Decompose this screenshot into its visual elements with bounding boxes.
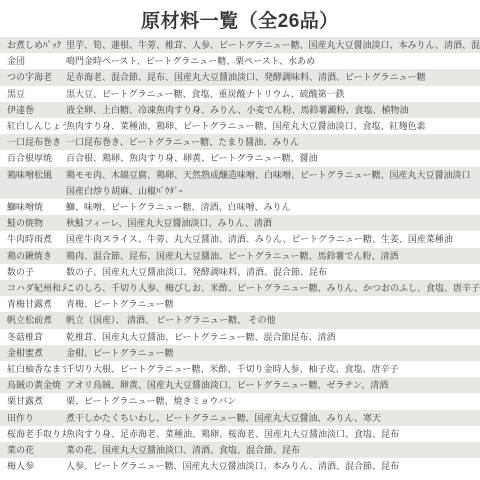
item-ingredients: 液全卵、上白糖、冷凍魚肉すり身、みりん、小麦でん粉、馬鈴薯澱粉、食塩、植物油 — [66, 102, 480, 118]
table-row: 金団 鳴門金時ペースト、ビートグラニュー糖、栗ペースト、水あめ — [0, 53, 480, 69]
item-name: つの字海老 — [0, 69, 66, 85]
item-ingredients: 鶏モモ肉、木綿豆腐、鶏卵、天然熟成醸造味噌、白味噌、ビートグラニュー糖、国産丸大… — [66, 167, 480, 199]
item-ingredients: 鳴門金時ペースト、ビートグラニュー糖、栗ペースト、水あめ — [66, 53, 480, 69]
table-row: 金柑蜜煮 金柑、ビートグラニュー糖 — [0, 345, 480, 361]
table-row: 帆立松前煮 帆立（国産）、 清酒、 ビートグラニュー糖、 その他 — [0, 312, 480, 328]
item-name: 鶏味噌松風 — [0, 167, 66, 183]
item-name: 百合根厚焼 — [0, 150, 66, 166]
table-row: 数の子 数の子、国産丸大豆醤油淡口、発酵調味料、清酒、混合節、昆布 — [0, 264, 480, 280]
item-ingredients: 帆立（国産）、 清酒、 ビートグラニュー糖、 その他 — [66, 312, 480, 328]
item-name: 伊達巻 — [0, 102, 66, 118]
ingredient-table: お煮しめﾊﾟｯｸ 里芋、筍、蓮根、牛蒡、椎茸、人参、ビートグラニュー糖、国産丸大… — [0, 37, 480, 474]
page-title: 原材料一覧（全26品） — [0, 0, 480, 37]
item-name: 紅白しんじょう — [0, 118, 66, 134]
item-ingredients: 百合根、鶏卵、魚肉すり身、卵黄、ビートグラニュー糖、醤油 — [66, 150, 480, 166]
item-name: 田作り — [0, 410, 66, 426]
table-row: 栗甘露煮 栗、ビートグラニュー糖、焼きミョウバン — [0, 393, 480, 409]
table-row: 黒豆 黒大豆、ビートグラニュー糖、食塩、重炭酸ナトリウム、硫酸第一鉄 — [0, 86, 480, 102]
ingredient-list-page: 原材料一覧（全26品） お煮しめﾊﾟｯｸ 里芋、筍、蓮根、牛蒡、椎茸、人参、ビー… — [0, 0, 480, 480]
item-ingredients: 足赤海老、混合節、昆布、国産丸大豆醤油淡口、発酵調味料、清酒、ビートグラニュー糖 — [66, 69, 480, 85]
table-row: 鶏味噌松風 鶏モモ肉、木綿豆腐、鶏卵、天然熟成醸造味噌、白味噌、ビートグラニュー… — [0, 167, 480, 199]
item-ingredients: 鰤、味噌、ビートグラニュー糖、清酒、白味噌、みりん — [66, 199, 480, 215]
item-name: 鶏の鍬焼き — [0, 248, 66, 264]
item-ingredients: 一口昆布巻き、ビートグラニュー糖、たまり醤油、みりん — [66, 134, 480, 150]
table-row: 桜海老手取り丸 魚肉すり身、足赤海老、菜種油、鶏卵、桜海老、国産丸大豆醤油淡口、… — [0, 426, 480, 442]
item-ingredients: 人参、ビートグラニュー糖、国産丸大豆醤油淡口、本みりん、清酒、混合節、昆布 — [66, 458, 480, 474]
table-row: 青梅甘露煮 青梅、ビートグラニュー糖 — [0, 296, 480, 312]
item-name: 帆立松前煮 — [0, 312, 66, 328]
item-name: 一口昆布巻き — [0, 134, 66, 150]
item-name: 烏賊の黄金焼 — [0, 377, 66, 393]
item-ingredients: 国産牛肉スライス、牛蒡、丸大豆醤油、清酒、みりん、ビートグラニュー糖、生姜、国産… — [66, 231, 480, 247]
table-row: つの字海老 足赤海老、混合節、昆布、国産丸大豆醤油淡口、発酵調味料、清酒、ビート… — [0, 69, 480, 85]
table-row: 鮭の焼物 秋鮭フィーレ、国産丸大豆醤油淡口、みりん、清酒 — [0, 215, 480, 231]
item-name: 数の子 — [0, 264, 66, 280]
item-name: お煮しめﾊﾟｯｸ — [0, 37, 66, 53]
item-ingredients: 乾椎茸、国産丸大豆醤油、ビートグラニュー糖、混合節昆布、清酒 — [66, 329, 480, 345]
table-row: 紅白しんじょう 魚肉すり身、菜種油、鶏卵、ビートグラニュー糖、国産丸大豆醤油淡口… — [0, 118, 480, 134]
item-ingredients: 里芋、筍、蓮根、牛蒡、椎茸、人参、ビートグラニュー糖、国産丸大豆醤油淡口、本みり… — [66, 37, 480, 53]
table-row: 田作り 煮干しかたくちいわし、ビートグラニュー糖、国産丸大豆醤油、みりん、寒天 — [0, 410, 480, 426]
item-name: 黒豆 — [0, 86, 66, 102]
item-ingredients: 煮干しかたくちいわし、ビートグラニュー糖、国産丸大豆醤油、みりん、寒天 — [66, 410, 480, 426]
item-name: コハダ紀州和え — [0, 280, 66, 296]
item-name: 牛肉時雨煮 — [0, 231, 66, 247]
item-name: 金団 — [0, 53, 66, 69]
item-ingredients: 菜の花、国産丸大豆醤油淡口、清酒、食塩、混合節、昆布 — [66, 442, 480, 458]
table-row: 烏賊の黄金焼 アオリ烏賊、卵黄、国産丸大豆醤油淡口、ビートグラニュー糖、ゼラチン… — [0, 377, 480, 393]
item-ingredients: 鶏肉、混合節、昆布、国産丸大豆醤油、ビートグラニュー糖、馬鈴薯でん粉、清酒 — [66, 248, 480, 264]
item-name: 菜の花 — [0, 442, 66, 458]
item-ingredients: 数の子、国産丸大豆醤油淡口、発酵調味料、清酒、混合節、昆布 — [66, 264, 480, 280]
item-name: 栗甘露煮 — [0, 393, 66, 409]
table-row: 牛肉時雨煮 国産牛肉スライス、牛蒡、丸大豆醤油、清酒、みりん、ビートグラニュー糖… — [0, 231, 480, 247]
item-ingredients: 黒大豆、ビートグラニュー糖、食塩、重炭酸ナトリウム、硫酸第一鉄 — [66, 86, 480, 102]
item-name: 冬菇椎茸 — [0, 329, 66, 345]
item-name: 鮭の焼物 — [0, 215, 66, 231]
table-row: 鰤味噌焼 鰤、味噌、ビートグラニュー糖、清酒、白味噌、みりん — [0, 199, 480, 215]
table-row: 菜の花 菜の花、国産丸大豆醤油淡口、清酒、食塩、混合節、昆布 — [0, 442, 480, 458]
table-row: 紅白柚香なます 千切り大根、ビートグラニュー糖、米酢、千切り金時人参、柚子皮、食… — [0, 361, 480, 377]
table-row: コハダ紀州和え このしろ、千切り人参、梅びしお、米酢、ビートグラニュー糖、みりん… — [0, 280, 480, 296]
item-ingredients: 秋鮭フィーレ、国産丸大豆醤油淡口、みりん、清酒 — [66, 215, 480, 231]
table-row: 百合根厚焼 百合根、鶏卵、魚肉すり身、卵黄、ビートグラニュー糖、醤油 — [0, 150, 480, 166]
item-ingredients: 千切り大根、ビートグラニュー糖、米酢、千切り金時人参、柚子皮、食塩、唐辛子 — [66, 361, 480, 377]
table-row: お煮しめﾊﾟｯｸ 里芋、筍、蓮根、牛蒡、椎茸、人参、ビートグラニュー糖、国産丸大… — [0, 37, 480, 53]
table-row: 梅人参 人参、ビートグラニュー糖、国産丸大豆醤油淡口、本みりん、清酒、混合節、昆… — [0, 458, 480, 474]
item-name: 金柑蜜煮 — [0, 345, 66, 361]
table-row: 冬菇椎茸 乾椎茸、国産丸大豆醤油、ビートグラニュー糖、混合節昆布、清酒 — [0, 329, 480, 345]
table-row: 伊達巻 液全卵、上白糖、冷凍魚肉すり身、みりん、小麦でん粉、馬鈴薯澱粉、食塩、植… — [0, 102, 480, 118]
item-ingredients: 魚肉すり身、菜種油、鶏卵、ビートグラニュー糖、国産丸大豆醤油淡口、食塩、紅麹色素 — [66, 118, 480, 134]
item-ingredients: アオリ烏賊、卵黄、国産丸大豆醤油淡口、ビートグラニュー糖、ゼラチン、清酒 — [66, 377, 480, 393]
item-ingredients: このしろ、千切り人参、梅びしお、米酢、ビートグラニュー糖、みりん、かつおのふし、… — [66, 280, 480, 296]
table-row: 一口昆布巻き 一口昆布巻き、ビートグラニュー糖、たまり醤油、みりん — [0, 134, 480, 150]
item-ingredients: 栗、ビートグラニュー糖、焼きミョウバン — [66, 393, 480, 409]
item-name: 紅白柚香なます — [0, 361, 66, 377]
item-name: 鰤味噌焼 — [0, 199, 66, 215]
item-ingredients: 金柑、ビートグラニュー糖 — [66, 345, 480, 361]
item-name: 青梅甘露煮 — [0, 296, 66, 312]
item-name: 梅人参 — [0, 458, 66, 474]
item-ingredients: 青梅、ビートグラニュー糖 — [66, 296, 480, 312]
table-row: 鶏の鍬焼き 鶏肉、混合節、昆布、国産丸大豆醤油、ビートグラニュー糖、馬鈴薯でん粉… — [0, 248, 480, 264]
item-ingredients: 魚肉すり身、足赤海老、菜種油、鶏卵、桜海老、国産丸大豆醤油淡口、食塩、昆布 — [66, 426, 480, 442]
item-name: 桜海老手取り丸 — [0, 426, 66, 442]
